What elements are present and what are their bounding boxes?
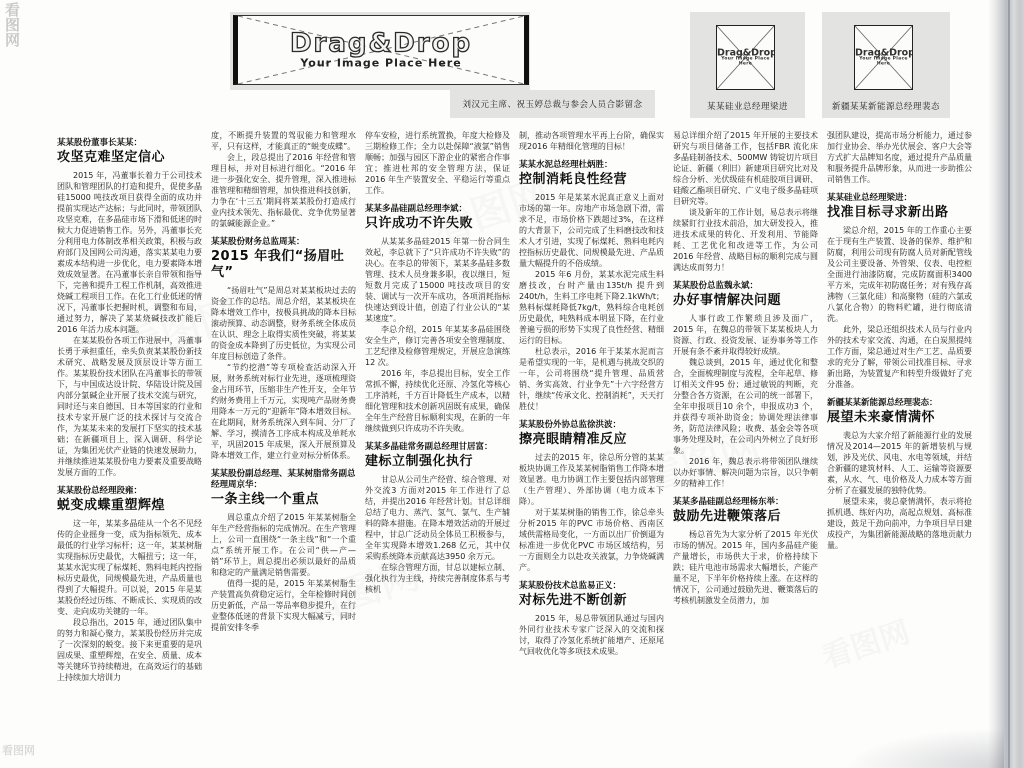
article-kicker: 某某股份技术总监易正义： xyxy=(519,581,664,592)
body-paragraph: 李总介绍，2015 年某某多晶硅围绕安全生产，修订完善各项安全管理制度、工艺纪律… xyxy=(365,324,510,368)
article-kicker: 某某股份董事长某某： xyxy=(57,138,202,149)
placeholder-title: Drag&Drop xyxy=(238,31,524,58)
article-headline: 攻坚克难坚定信心 xyxy=(57,150,202,166)
article-kicker: 某某多晶硅副总经理李斌： xyxy=(365,204,510,215)
news-column-3: 停车安检，进行系统置换，年度大检修及三期检修工作；全力以赴保障“液氯”销售顺畅；… xyxy=(365,130,510,758)
photo-caption: 新疆某某新能源总经理裴态 xyxy=(822,100,950,112)
page-corner-shadow xyxy=(844,728,1004,768)
article-headline: 只许成功不许失败 xyxy=(365,216,510,232)
news-column-1: 某某股份董事长某某：攻坚克难坚定信心2015 年，冯董事长着力于公司技术团队和管… xyxy=(57,130,202,758)
article-headline: 展望未来豪情满怀 xyxy=(827,410,972,426)
article-kicker: 某某多晶硅副总经理杨东举： xyxy=(673,497,818,508)
article-headline: 2015 年我们“扬眉吐气” xyxy=(211,249,356,281)
news-column-6: 强团队建设，提高市场分析能力，通过参加行业协会、举办光伏展会、客户大会等方式扩大… xyxy=(827,130,972,758)
body-paragraph: 停车安检，进行系统置换，年度大检修及三期检修工作；全力以赴保障“液氯”销售顺畅；… xyxy=(365,130,510,196)
body-paragraph: 谈及新年的工作计划，易总表示将继续紧盯行业技术前沿，加大研发投入，推进技术成果的… xyxy=(673,207,818,273)
body-paragraph: 会上，段总提出了2016 年经营和管理目标，并对目标进行细化。“2016 年进一… xyxy=(211,152,356,229)
photo-caption: 刘汉元主席、祝玉婷总裁与参会人员合影留念 xyxy=(462,98,642,110)
body-paragraph: 2015 年，冯董事长着力于公司技术团队和管理团队的打造和提升，促使多晶硅150… xyxy=(57,170,202,335)
body-paragraph: 强团队建设，提高市场分析能力，通过参加行业协会、举办光伏展会、客户大会等方式扩大… xyxy=(827,130,972,185)
body-paragraph: 2015 年6 月份，某某水泥完成生料磨技改，台时产量由135t/h 提升到24… xyxy=(519,269,664,346)
body-paragraph: 从某某多晶硅2015 年第一份合同生效起，李总就下了“只许成功不许失败”的决心。… xyxy=(365,236,510,324)
body-paragraph: 在综合管理方面，甘总以建标立制、强化执行为主线，持续完善制度体系与考核机 xyxy=(365,562,510,595)
body-paragraph: 这一年，某某多晶硅从一个名不见经传的企业摇身一变，成为指标领先、成本最低的行业学… xyxy=(57,518,202,617)
body-paragraph: 甘总从公司生产经营、综合管理、对外交流3 方面对2015 年工作进行了总结，并提… xyxy=(365,474,510,562)
body-paragraph: “扬眉吐气”是周总对某某板块过去的资金工作的总结。周总介绍，某某板块在降本增效工… xyxy=(211,285,356,362)
article-headline: 办好事情解决问题 xyxy=(673,293,818,309)
article-headline: 擦亮眼睛精准反应 xyxy=(519,432,664,448)
side-photo-panel-2: Drag&Drop Your Image Place Here 新疆某某新能源总… xyxy=(822,12,950,118)
body-paragraph: 周总重点介绍了2015 年某某树脂全年生产经营指标的完成情况。在生产管理上，公司… xyxy=(211,512,356,578)
article-headline: 控制消耗良性经营 xyxy=(519,172,664,188)
article-headline: 建标立制强化执行 xyxy=(365,454,510,470)
body-paragraph: 展望未来，裴总豪情满怀，表示将抢抓机遇、练好内功，高起点规划、高标准建设，鼓足干… xyxy=(827,496,972,551)
article-kicker: 某某多晶硅常务副总经理甘居富： xyxy=(365,442,510,453)
image-placeholder-side-1[interactable]: Drag&Drop Your Image Place Here xyxy=(716,25,775,90)
body-paragraph: 魏总谈到，2015 年，通过优化和整合，全面梳理制度与流程，全年起草、修订相关文… xyxy=(673,357,818,456)
article-headline: 找准目标寻求新出路 xyxy=(827,205,972,221)
body-paragraph: 杨总首先为大家分析了2015 年光伏市场的情况。2015 年，国内多晶硅产能产量… xyxy=(673,529,818,606)
article-headline: 鼓励先进鞭策落后 xyxy=(673,509,818,525)
body-paragraph: 2016 年，魏总表示将带领团队继续以办好事情、解决问题为宗旨，以只争朝夕的精神… xyxy=(673,456,818,489)
body-paragraph: “节约挖潜”等专项检查活动深入开展，财务系统对标行业先进，逐项梳理资金占用环节，… xyxy=(211,362,356,461)
watermark-text: 看图网 xyxy=(2,742,35,758)
body-paragraph: 在某某股份各项工作进展中，冯董事长勇于承担重任，牵头负责某某股份新技术研究、战略… xyxy=(57,335,202,478)
image-placeholder-main[interactable]: Drag&Drop Your Image Place Here xyxy=(233,15,529,85)
body-paragraph: 对于某某树脂的销售工作，徐总牵头分析2015 年的PVC 市场价格、西南区域供需… xyxy=(519,507,664,573)
body-paragraph: 易总详细介绍了2015 年开展的主要技术研究与项目储备工作，包括FBR 流化床多… xyxy=(673,130,818,207)
article-headline: 蜕变成蝶重塑辉煌 xyxy=(57,498,202,514)
article-kicker: 某某股份副总经理、某某树脂常务副总经理周京华： xyxy=(211,469,356,491)
body-paragraph: 段总指出，2015 年，通过团队集中的努力和凝心聚力，某某股份经历并完成了一次深… xyxy=(57,617,202,683)
page-edge-shadow xyxy=(988,0,1024,768)
article-headline: 一条主线一个重点 xyxy=(211,492,356,508)
news-column-4: 制，推动各项管理水平再上台阶，确保实现2016 年精细化管理的目标！某某水泥总经… xyxy=(519,130,664,758)
photo-caption: 某某硅业总经理梁进 xyxy=(690,100,805,112)
body-paragraph: 2015 年，易总带领团队通过与国内外同行业技术专家广泛深入的交流和探讨，取得了… xyxy=(519,613,664,657)
body-paragraph: 2015 年是某某水泥真正意义上面对市场的第一年。房地产市场急剧下滑，需求不足，… xyxy=(519,192,664,269)
article-kicker: 某某水泥总经理杜炳胜： xyxy=(519,160,664,171)
body-paragraph: 2016 年，李总提出目标，安全工作常抓不懈，持续优化还原、冷氢化等核心工序消耗… xyxy=(365,368,510,434)
placeholder-subtitle: Your Image Place Here xyxy=(238,58,524,70)
placeholder-subtitle: Your Image Place Here xyxy=(855,58,912,67)
newspaper-page: 看图网看图网看图网看图网看图网看图网看图网看图网 Drag&Drop Your … xyxy=(0,0,1024,768)
body-paragraph: 人事行政工作繁琐且涉及面广，2015 年，在魏总的带领下某某板块人力资源、行政、… xyxy=(673,313,818,357)
article-kicker: 新疆某某新能源总经理裴态： xyxy=(827,398,972,409)
news-column-2: 度，不断提升装置的驾驭能力和管理水平，只有这样，才能真正的“蜕变成蝶”。会上，段… xyxy=(211,130,356,758)
body-paragraph: 制，推动各项管理水平再上台阶，确保实现2016 年精细化管理的目标！ xyxy=(519,130,664,152)
watermark-text: 看图网 xyxy=(2,2,23,47)
main-photo-caption-strip: 刘汉元主席、祝玉婷总裁与参会人员合影留念 xyxy=(450,90,655,118)
image-placeholder-side-2[interactable]: Drag&Drop Your Image Place Here xyxy=(854,25,913,90)
body-paragraph: 杜总表示，2016 年于某某水泥而言是希望实现的一年，是机遇与挑战交织的一年，公… xyxy=(519,346,664,412)
body-paragraph: 梁总介绍，2015 年的工作重心主要在于现有生产装置、设备的保养、维护和防腐，利… xyxy=(827,225,972,324)
body-paragraph: 此外，梁总还组织技术人员与行业内外的技术专家交流、沟通，在白炭黑提纯工作方面，梁… xyxy=(827,324,972,390)
body-paragraph: 过去的2015 年，徐总所分管的某某板块协调工作及某某树脂销售工作降本增效显著。… xyxy=(519,452,664,507)
news-column-5: 易总详细介绍了2015 年开展的主要技术研究与项目储备工作，包括FBR 流化床多… xyxy=(673,130,818,758)
page-edge-line xyxy=(1008,0,1010,768)
article-kicker: 某某股份外协总监徐洪波： xyxy=(519,420,664,431)
side-photo-panel-1: Drag&Drop Your Image Place Here 某某硅业总经理梁… xyxy=(690,12,805,118)
article-columns: 某某股份董事长某某：攻坚克难坚定信心2015 年，冯董事长着力于公司技术团队和管… xyxy=(57,130,972,758)
main-photo-panel: Drag&Drop Your Image Place Here xyxy=(230,12,530,90)
body-paragraph: 度，不断提升装置的驾驭能力和管理水平，只有这样，才能真正的“蜕变成蝶”。 xyxy=(211,130,356,152)
article-kicker: 某某硅业总经理梁进： xyxy=(827,193,972,204)
article-kicker: 某某股份总监魏永斌： xyxy=(673,281,818,292)
article-kicker: 某某股份财务总监周某： xyxy=(211,237,356,248)
article-headline: 对标先进不断创新 xyxy=(519,593,664,609)
body-paragraph: 值得一提的是，2015 年某某树脂生产装置高负荷稳定运行，全年检修时间创历史新低… xyxy=(211,578,356,633)
body-paragraph: 裴总为大家介绍了新能源行业的发展情况及2014—2015 年的新增装机与规划，涉… xyxy=(827,430,972,496)
placeholder-subtitle: Your Image Place Here xyxy=(717,58,774,67)
article-kicker: 某某股份总经理段雍： xyxy=(57,486,202,497)
